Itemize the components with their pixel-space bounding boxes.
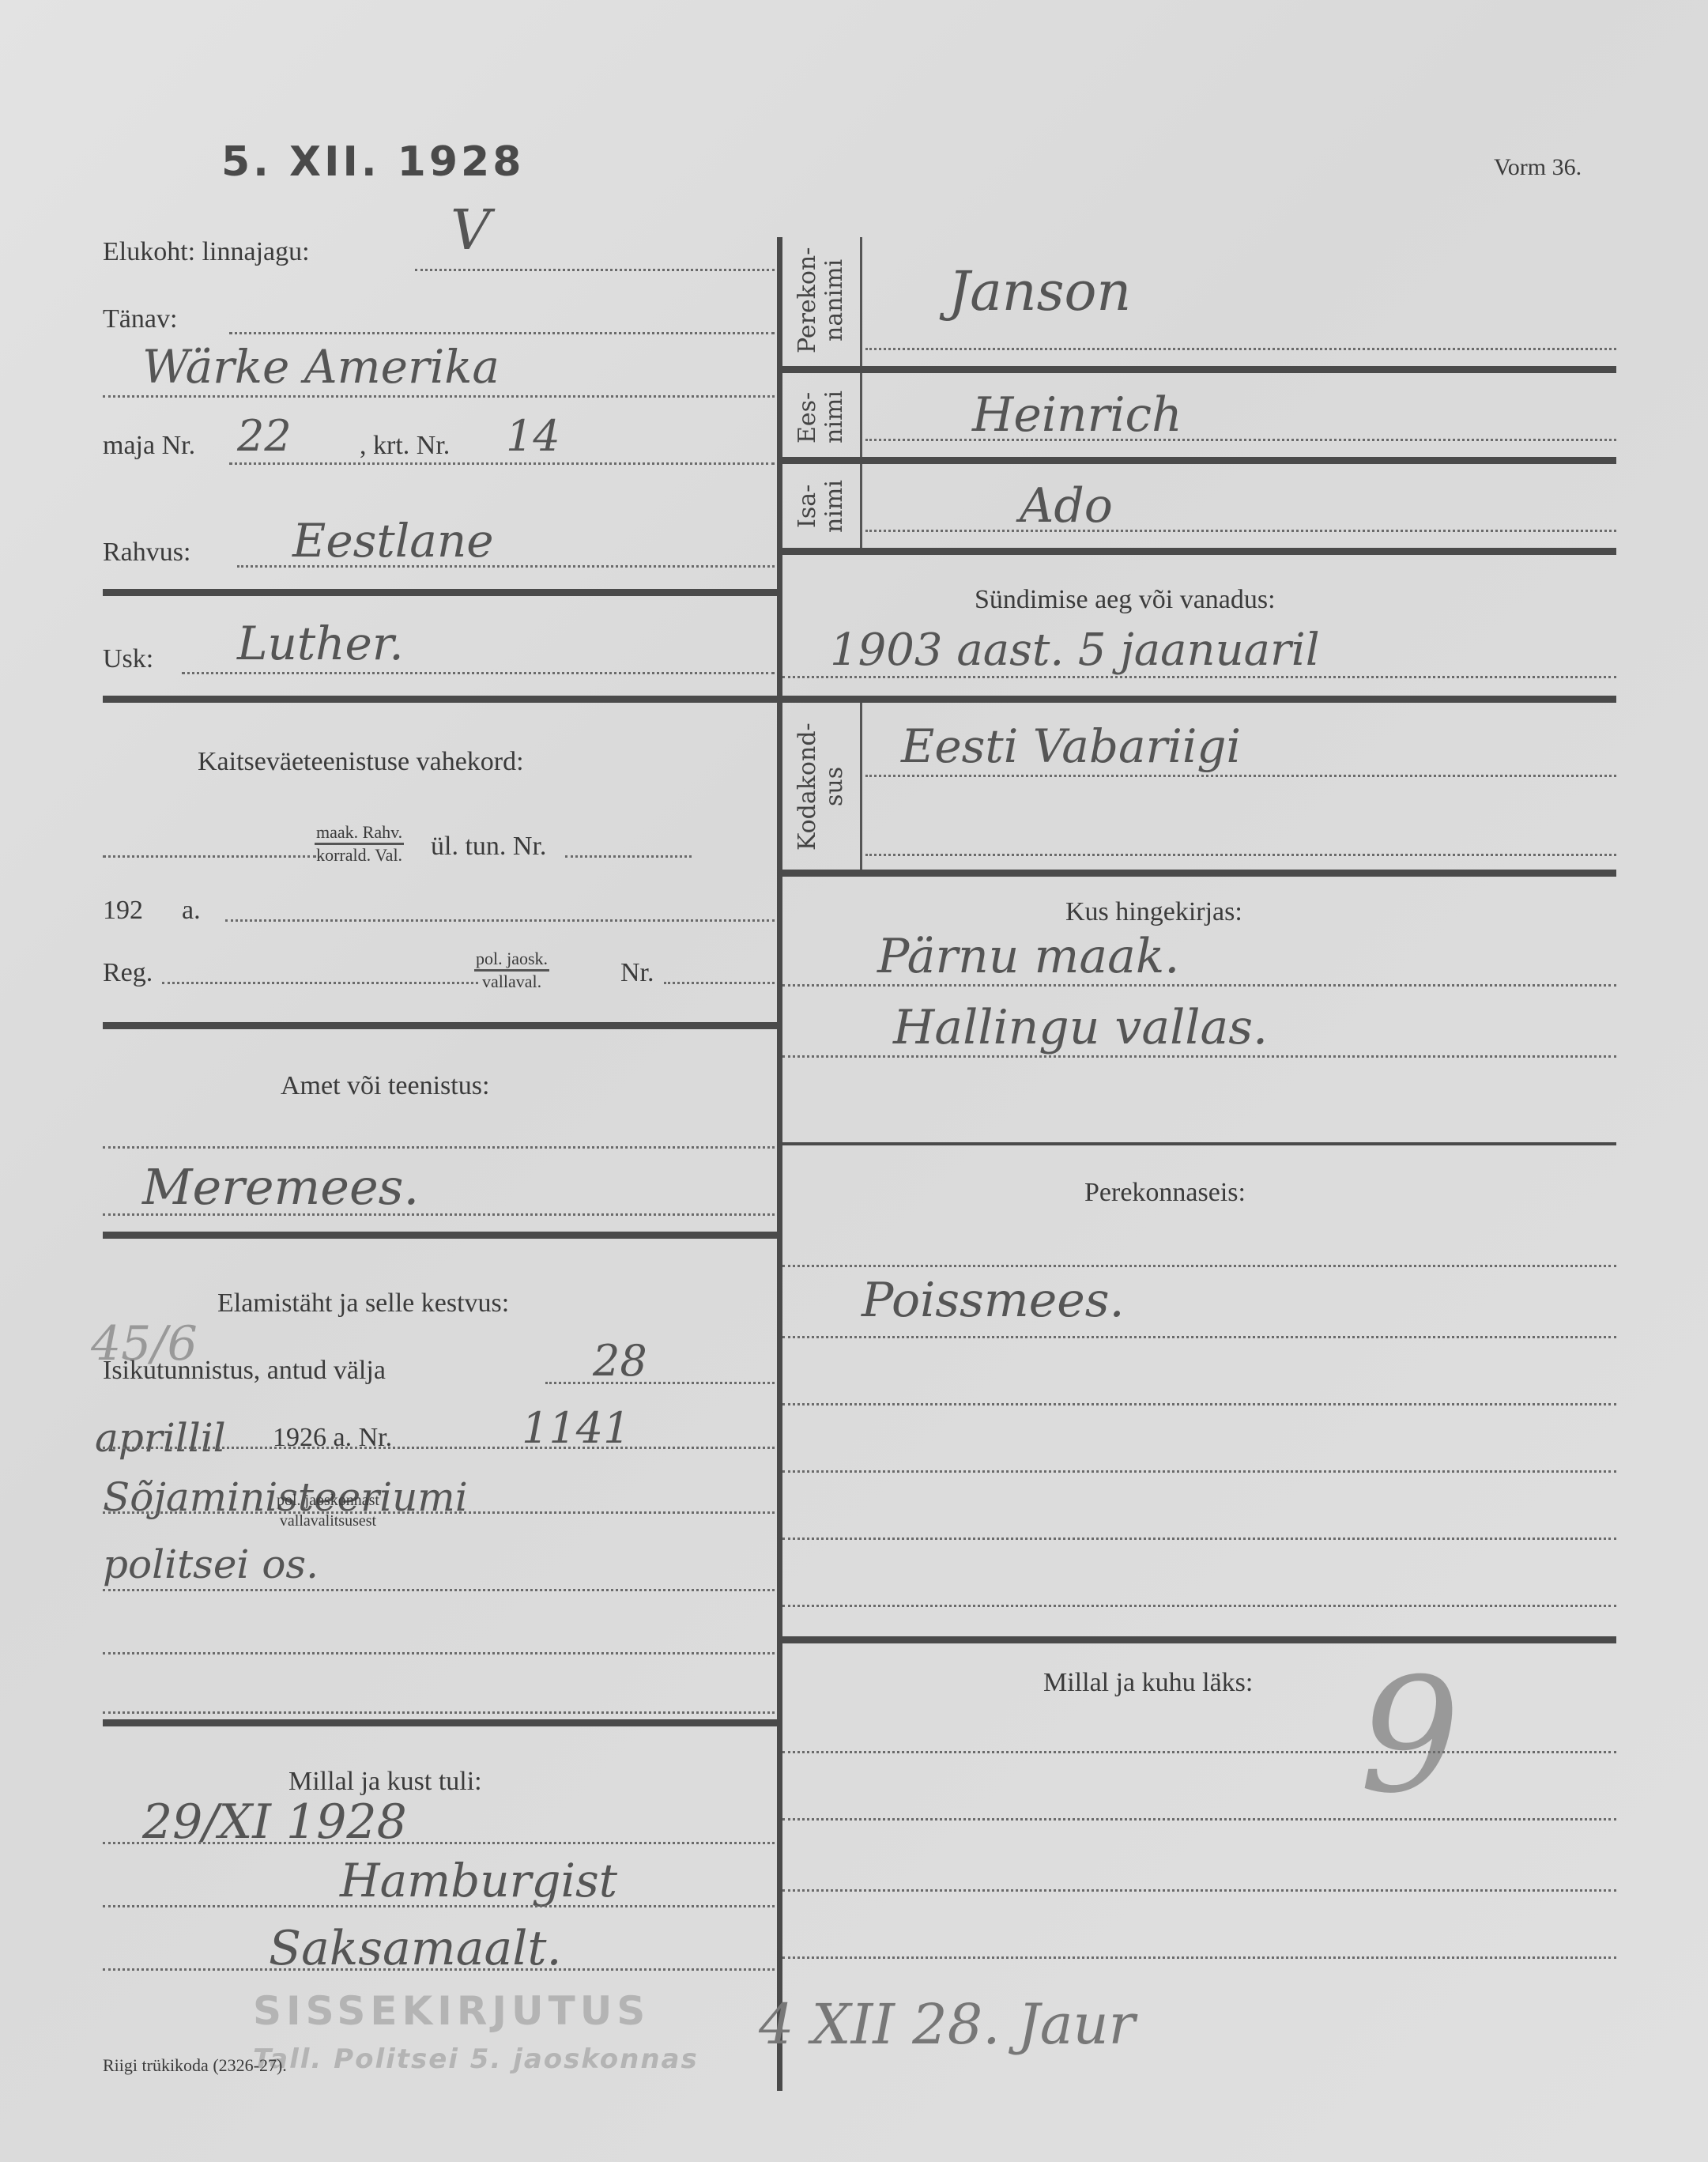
- kodakondsus-value: Eesti Vabariigi: [901, 719, 1241, 773]
- millal-tuli-heading: Millal ja kust tuli:: [288, 1767, 482, 1797]
- perekonnanimi-value: Janson: [948, 261, 1131, 323]
- hingekirjas-value-2: Hallingu vallas.: [893, 1000, 1268, 1055]
- year-a-label: a.: [182, 896, 201, 926]
- perekonnanimi-label: Perekon-nanimi: [794, 237, 848, 364]
- sundimise-value: 1903 aast. 5 jaanuaril: [830, 624, 1320, 676]
- isikutunnistus-number: 1141: [522, 1403, 630, 1453]
- kaitsevae-heading: Kaitseväeteenistuse vahekord:: [198, 747, 524, 777]
- hingekirjas-value-1: Pärnu maak.: [877, 929, 1179, 984]
- eesnimi-value: Heinrich: [972, 387, 1182, 443]
- eesnimi-label: Ees-nimi: [794, 378, 848, 457]
- amet-value: Meremees.: [142, 1158, 419, 1216]
- kodakondsus-label: Kodakond-sus: [794, 707, 848, 866]
- amet-heading: Amet või teenistus:: [281, 1071, 489, 1101]
- usk-value: Luther.: [237, 617, 404, 670]
- isikutunnistus-month: aprillil: [95, 1415, 226, 1461]
- center-divider: [777, 237, 782, 2091]
- isikutunnistus-label: Isikutunnistus, antud välja: [103, 1356, 386, 1386]
- tanav-value: Wärke Amerika: [142, 340, 500, 394]
- millal-laks-heading: Millal ja kuhu läks:: [1043, 1668, 1253, 1698]
- date-stamp: 5. XII. 1928: [221, 138, 524, 186]
- millal-laks-value: 9: [1359, 1644, 1460, 1828]
- form-number: Vorm 36.: [1494, 154, 1582, 181]
- sissekirjutus-stamp: SISSEKIRJUTUS: [253, 1988, 650, 2034]
- tanav-label: Tänav:: [103, 304, 177, 334]
- signature-note: 4 XII 28. Jaur: [759, 1992, 1135, 2057]
- maja-value: 22: [237, 411, 292, 461]
- year-192-label: 192: [103, 896, 143, 926]
- krt-value: 14: [506, 411, 560, 461]
- issuer-value-2: politsei os.: [103, 1541, 319, 1587]
- printer-imprint: Riigi trükikoda (2326-27).: [103, 2055, 287, 2076]
- reg-nr-label: Nr.: [620, 958, 654, 988]
- usk-label: Usk:: [103, 644, 153, 674]
- rahvus-label: Rahvus:: [103, 538, 190, 568]
- issuer-fraction: pol. jaoskonnast vallavalitsusest: [277, 1490, 379, 1531]
- sundimise-heading: Sündimise aeg või vanadus:: [975, 585, 1276, 615]
- millal-tuli-place-1: Hamburgist: [340, 1854, 617, 1907]
- maja-label: maja Nr.: [103, 431, 195, 461]
- registration-form-page: 5. XII. 1928 Vorm 36. Elukoht: linnajagu…: [0, 0, 1708, 2162]
- kaitsevae-fraction: maak. Rahv. korrald. Val.: [315, 822, 404, 866]
- rahvus-value: Eestlane: [292, 514, 494, 568]
- reg-label: Reg.: [103, 958, 153, 988]
- isanimi-value: Ado: [1020, 478, 1113, 534]
- elukoht-label: Elukoht: linnajagu:: [103, 237, 310, 267]
- krt-label: , krt. Nr.: [360, 431, 450, 461]
- elukoht-value: V: [451, 198, 491, 262]
- reg-fraction: pol. jaosk. vallaval.: [474, 949, 549, 992]
- isanimi-label: Isa-nimi: [794, 469, 848, 544]
- isikutunnistus-day: 28: [593, 1336, 647, 1386]
- elamistaht-heading: Elamistäht ja selle kestvus:: [217, 1289, 509, 1319]
- perekonnaseis-value: Poissmees.: [862, 1273, 1125, 1328]
- hingekirjas-heading: Kus hingekirjas:: [1065, 897, 1242, 927]
- perekonnaseis-heading: Perekonnaseis:: [1084, 1178, 1246, 1208]
- ul-tun-nr-label: ül. tun. Nr.: [431, 832, 546, 862]
- sissekirjutus-stamp-line2: Tall. Politsei 5. jaoskonnas: [253, 2043, 699, 2075]
